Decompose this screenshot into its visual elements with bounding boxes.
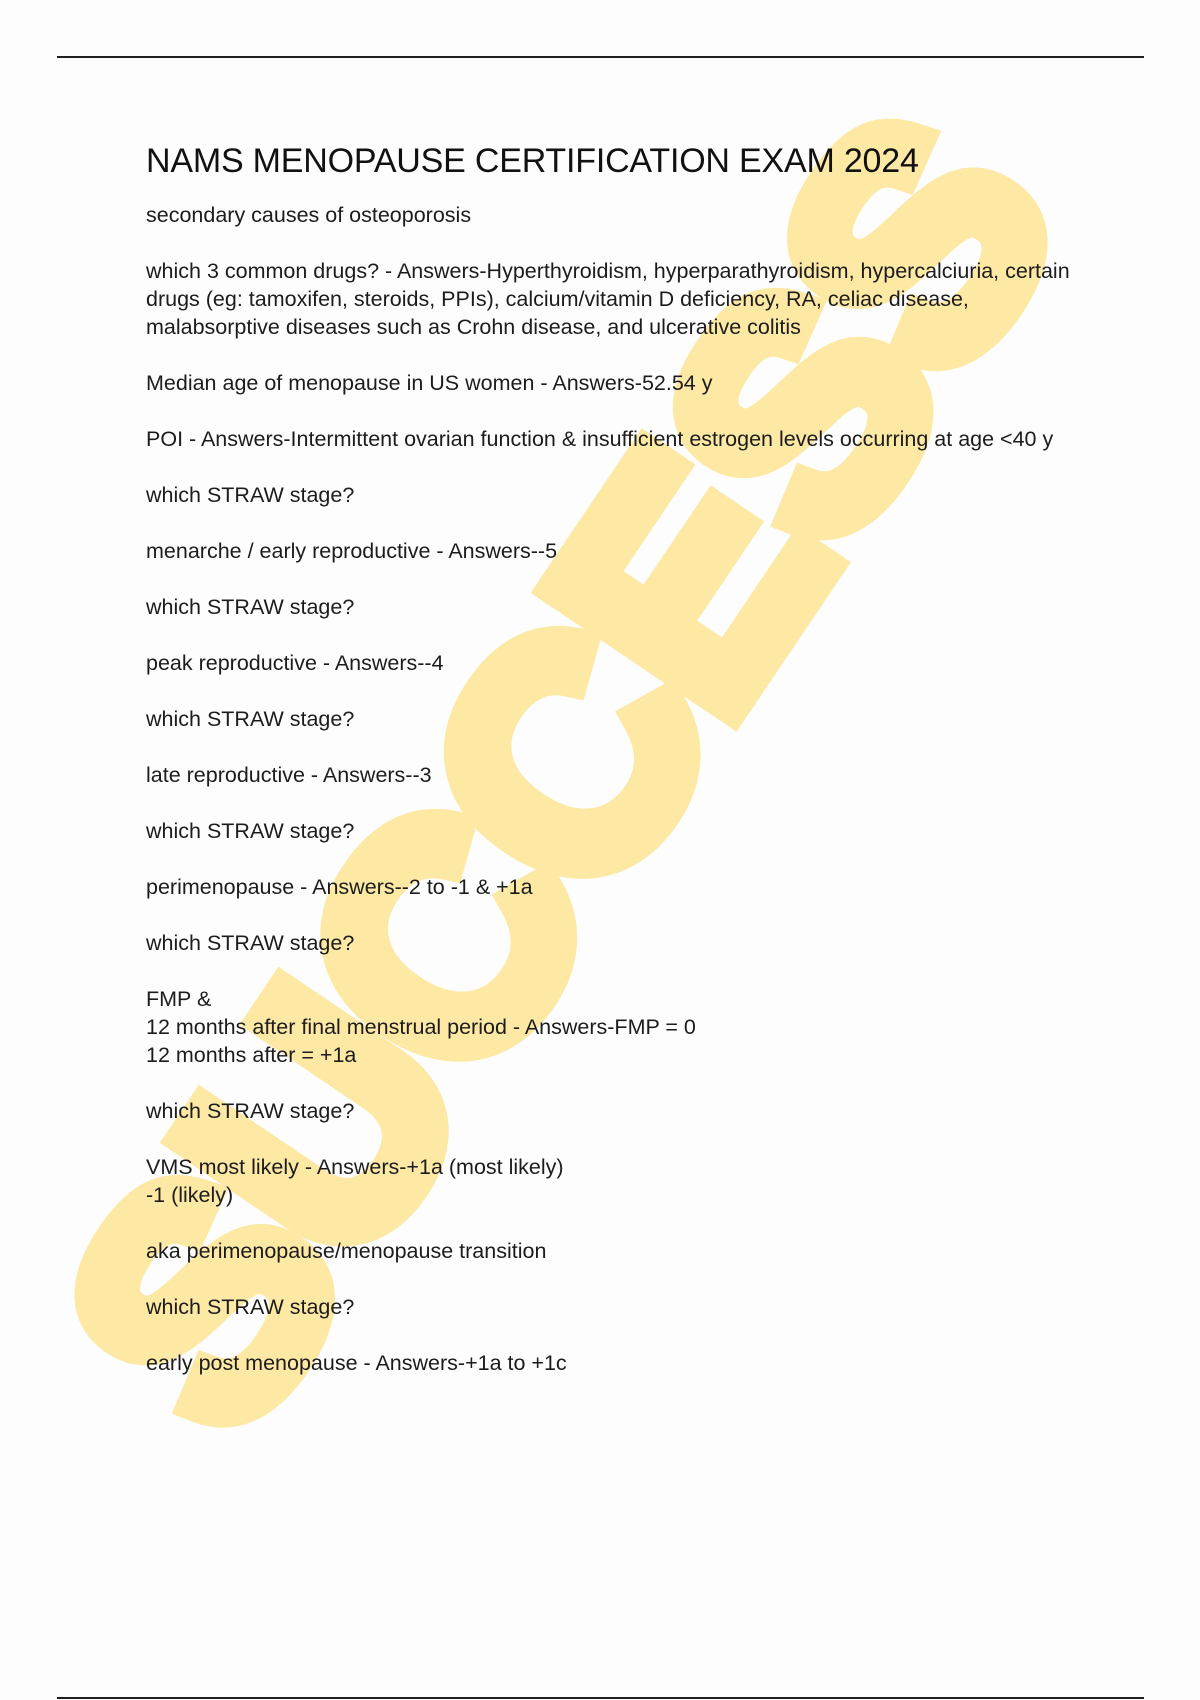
entry-poi: POI - Answers-Intermittent ovarian funct… [146,425,1076,453]
entry-vms: VMS most likely - Answers-+1a (most like… [146,1153,1076,1209]
document-body: NAMS MENOPAUSE CERTIFICATION EXAM 2024 s… [146,142,1076,1405]
top-rule [57,56,1144,58]
entry-osteoporosis-heading: secondary causes of osteoporosis [146,201,1076,229]
document-title: NAMS MENOPAUSE CERTIFICATION EXAM 2024 [146,142,1076,181]
entry-perimenopause: perimenopause - Answers--2 to -1 & +1a [146,873,1076,901]
entry-straw-question: which STRAW stage? [146,593,1076,621]
entry-straw-question: which STRAW stage? [146,705,1076,733]
entry-early-post-menopause: early post menopause - Answers-+1a to +1… [146,1349,1076,1377]
entry-straw-question: which STRAW stage? [146,817,1076,845]
entry-straw-question: which STRAW stage? [146,1293,1076,1321]
entry-fmp: FMP & 12 months after final menstrual pe… [146,985,1076,1069]
entry-median-age: Median age of menopause in US women - An… [146,369,1076,397]
entry-straw-question: which STRAW stage? [146,1097,1076,1125]
entry-late-reproductive: late reproductive - Answers--3 [146,761,1076,789]
entry-osteoporosis-answer: which 3 common drugs? - Answers-Hyperthy… [146,257,1076,341]
entry-menarche: menarche / early reproductive - Answers-… [146,537,1076,565]
entry-straw-question: which STRAW stage? [146,929,1076,957]
entry-straw-question: which STRAW stage? [146,481,1076,509]
entry-peak-reproductive: peak reproductive - Answers--4 [146,649,1076,677]
entry-aka-transition: aka perimenopause/menopause transition [146,1237,1076,1265]
bottom-rule [57,1697,1144,1699]
